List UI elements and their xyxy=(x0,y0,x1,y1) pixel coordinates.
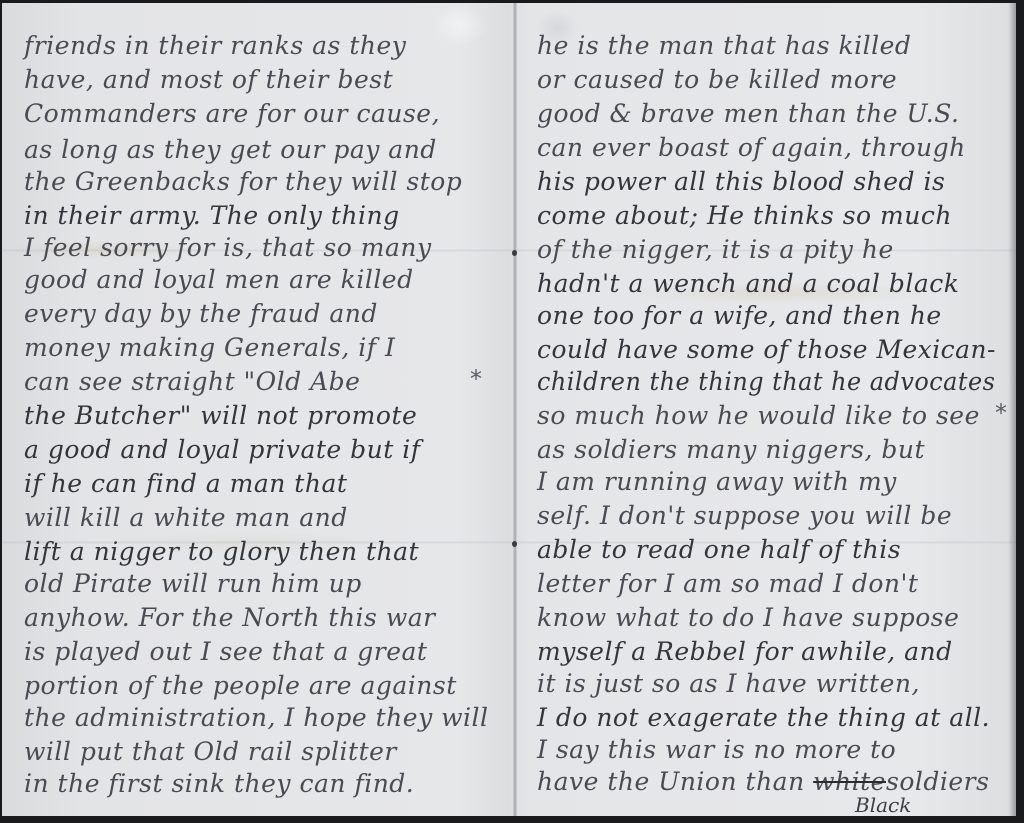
handwritten-line: know what to do I have suppose xyxy=(537,603,959,632)
handwritten-line: will kill a white man and xyxy=(24,503,348,532)
handwritten-line: the administration, I hope they will xyxy=(24,703,489,732)
handwritten-line: so much how he would like to see xyxy=(537,401,980,430)
handwritten-line: if he can find a man that xyxy=(24,469,347,498)
handwritten-line: he is the man that has killed xyxy=(537,31,911,60)
handwritten-line: portion of the people are against xyxy=(24,671,457,700)
handwritten-line: every day by the fraud and xyxy=(24,299,378,328)
handwritten-line: Commanders are for our cause, xyxy=(24,99,440,128)
handwritten-line: anyhow. For the North this war xyxy=(24,603,436,632)
letter-sheet: friends in their ranks as they have, and… xyxy=(2,3,1016,816)
handwritten-line: good and loyal men are killed xyxy=(24,265,414,294)
handwritten-line: children the thing that he advocates xyxy=(537,367,995,396)
left-page: friends in their ranks as they have, and… xyxy=(2,3,513,816)
handwritten-line: self. I don't suppose you will be xyxy=(537,501,952,530)
handwritten-line: one too for a wife, and then he xyxy=(537,301,942,330)
handwritten-line: I say this war is no more to xyxy=(537,735,896,764)
handwritten-line: as long as they get our pay and xyxy=(24,135,437,164)
handwritten-line: can see straight "Old Abe xyxy=(24,367,360,396)
handwritten-line: will put that Old rail splitter xyxy=(24,737,397,766)
handwritten-line: in the first sink they can find. xyxy=(24,769,414,798)
handwritten-line: able to read one half of this xyxy=(537,535,901,564)
handwritten-line: the Butcher" will not promote xyxy=(24,401,417,430)
right-page: he is the man that has killed or caused … xyxy=(517,3,1016,816)
handwritten-line: as soldiers many niggers, but xyxy=(537,435,925,464)
asterisk-margin-mark: * xyxy=(995,399,1007,427)
handwritten-line: it is just so as I have written, xyxy=(537,669,920,698)
handwritten-line: could have some of those Mexican- xyxy=(537,335,996,364)
handwritten-line: have, and most of their best xyxy=(24,65,393,94)
handwritten-line: money making Generals, if I xyxy=(24,333,395,362)
handwritten-line: letter for I am so mad I don't xyxy=(537,569,918,598)
asterisk-margin-mark: * xyxy=(470,365,482,393)
handwritten-line-final: have the Union than whitesoldiers xyxy=(537,767,989,796)
handwritten-text: have the Union than xyxy=(537,767,805,796)
handwritten-line: the Greenbacks for they will stop xyxy=(24,167,462,196)
handwritten-line: I do not exagerate the thing at all. xyxy=(537,703,990,732)
handwritten-line: of the nigger, it is a pity he xyxy=(537,235,894,264)
handwritten-line: or caused to be killed more xyxy=(537,65,897,94)
handwritten-line: come about; He thinks so much xyxy=(537,201,952,230)
handwritten-line: lift a nigger to glory then that xyxy=(24,537,419,566)
handwritten-line: I am running away with my xyxy=(537,467,897,496)
handwritten-line: in their army. The only thing xyxy=(24,201,400,230)
handwritten-line: his power all this blood shed is xyxy=(537,167,945,196)
inserted-correction-word: Black xyxy=(855,793,911,816)
handwritten-line: myself a Rebbel for awhile, and xyxy=(537,637,953,666)
handwritten-line: I feel sorry for is, that so many xyxy=(24,233,432,262)
handwritten-line: a good and loyal private but if xyxy=(24,435,421,464)
handwritten-line: friends in their ranks as they xyxy=(24,31,406,60)
handwritten-line: is played out I see that a great xyxy=(24,637,427,666)
handwritten-line: old Pirate will run him up xyxy=(24,569,362,598)
handwritten-text: soldiers xyxy=(886,767,989,796)
handwritten-line: can ever boast of again, through xyxy=(537,133,966,162)
handwritten-line: hadn't a wench and a coal black xyxy=(537,269,959,298)
handwritten-line: good & brave men than the U.S. xyxy=(537,99,959,128)
struck-through-word: white xyxy=(813,767,886,796)
